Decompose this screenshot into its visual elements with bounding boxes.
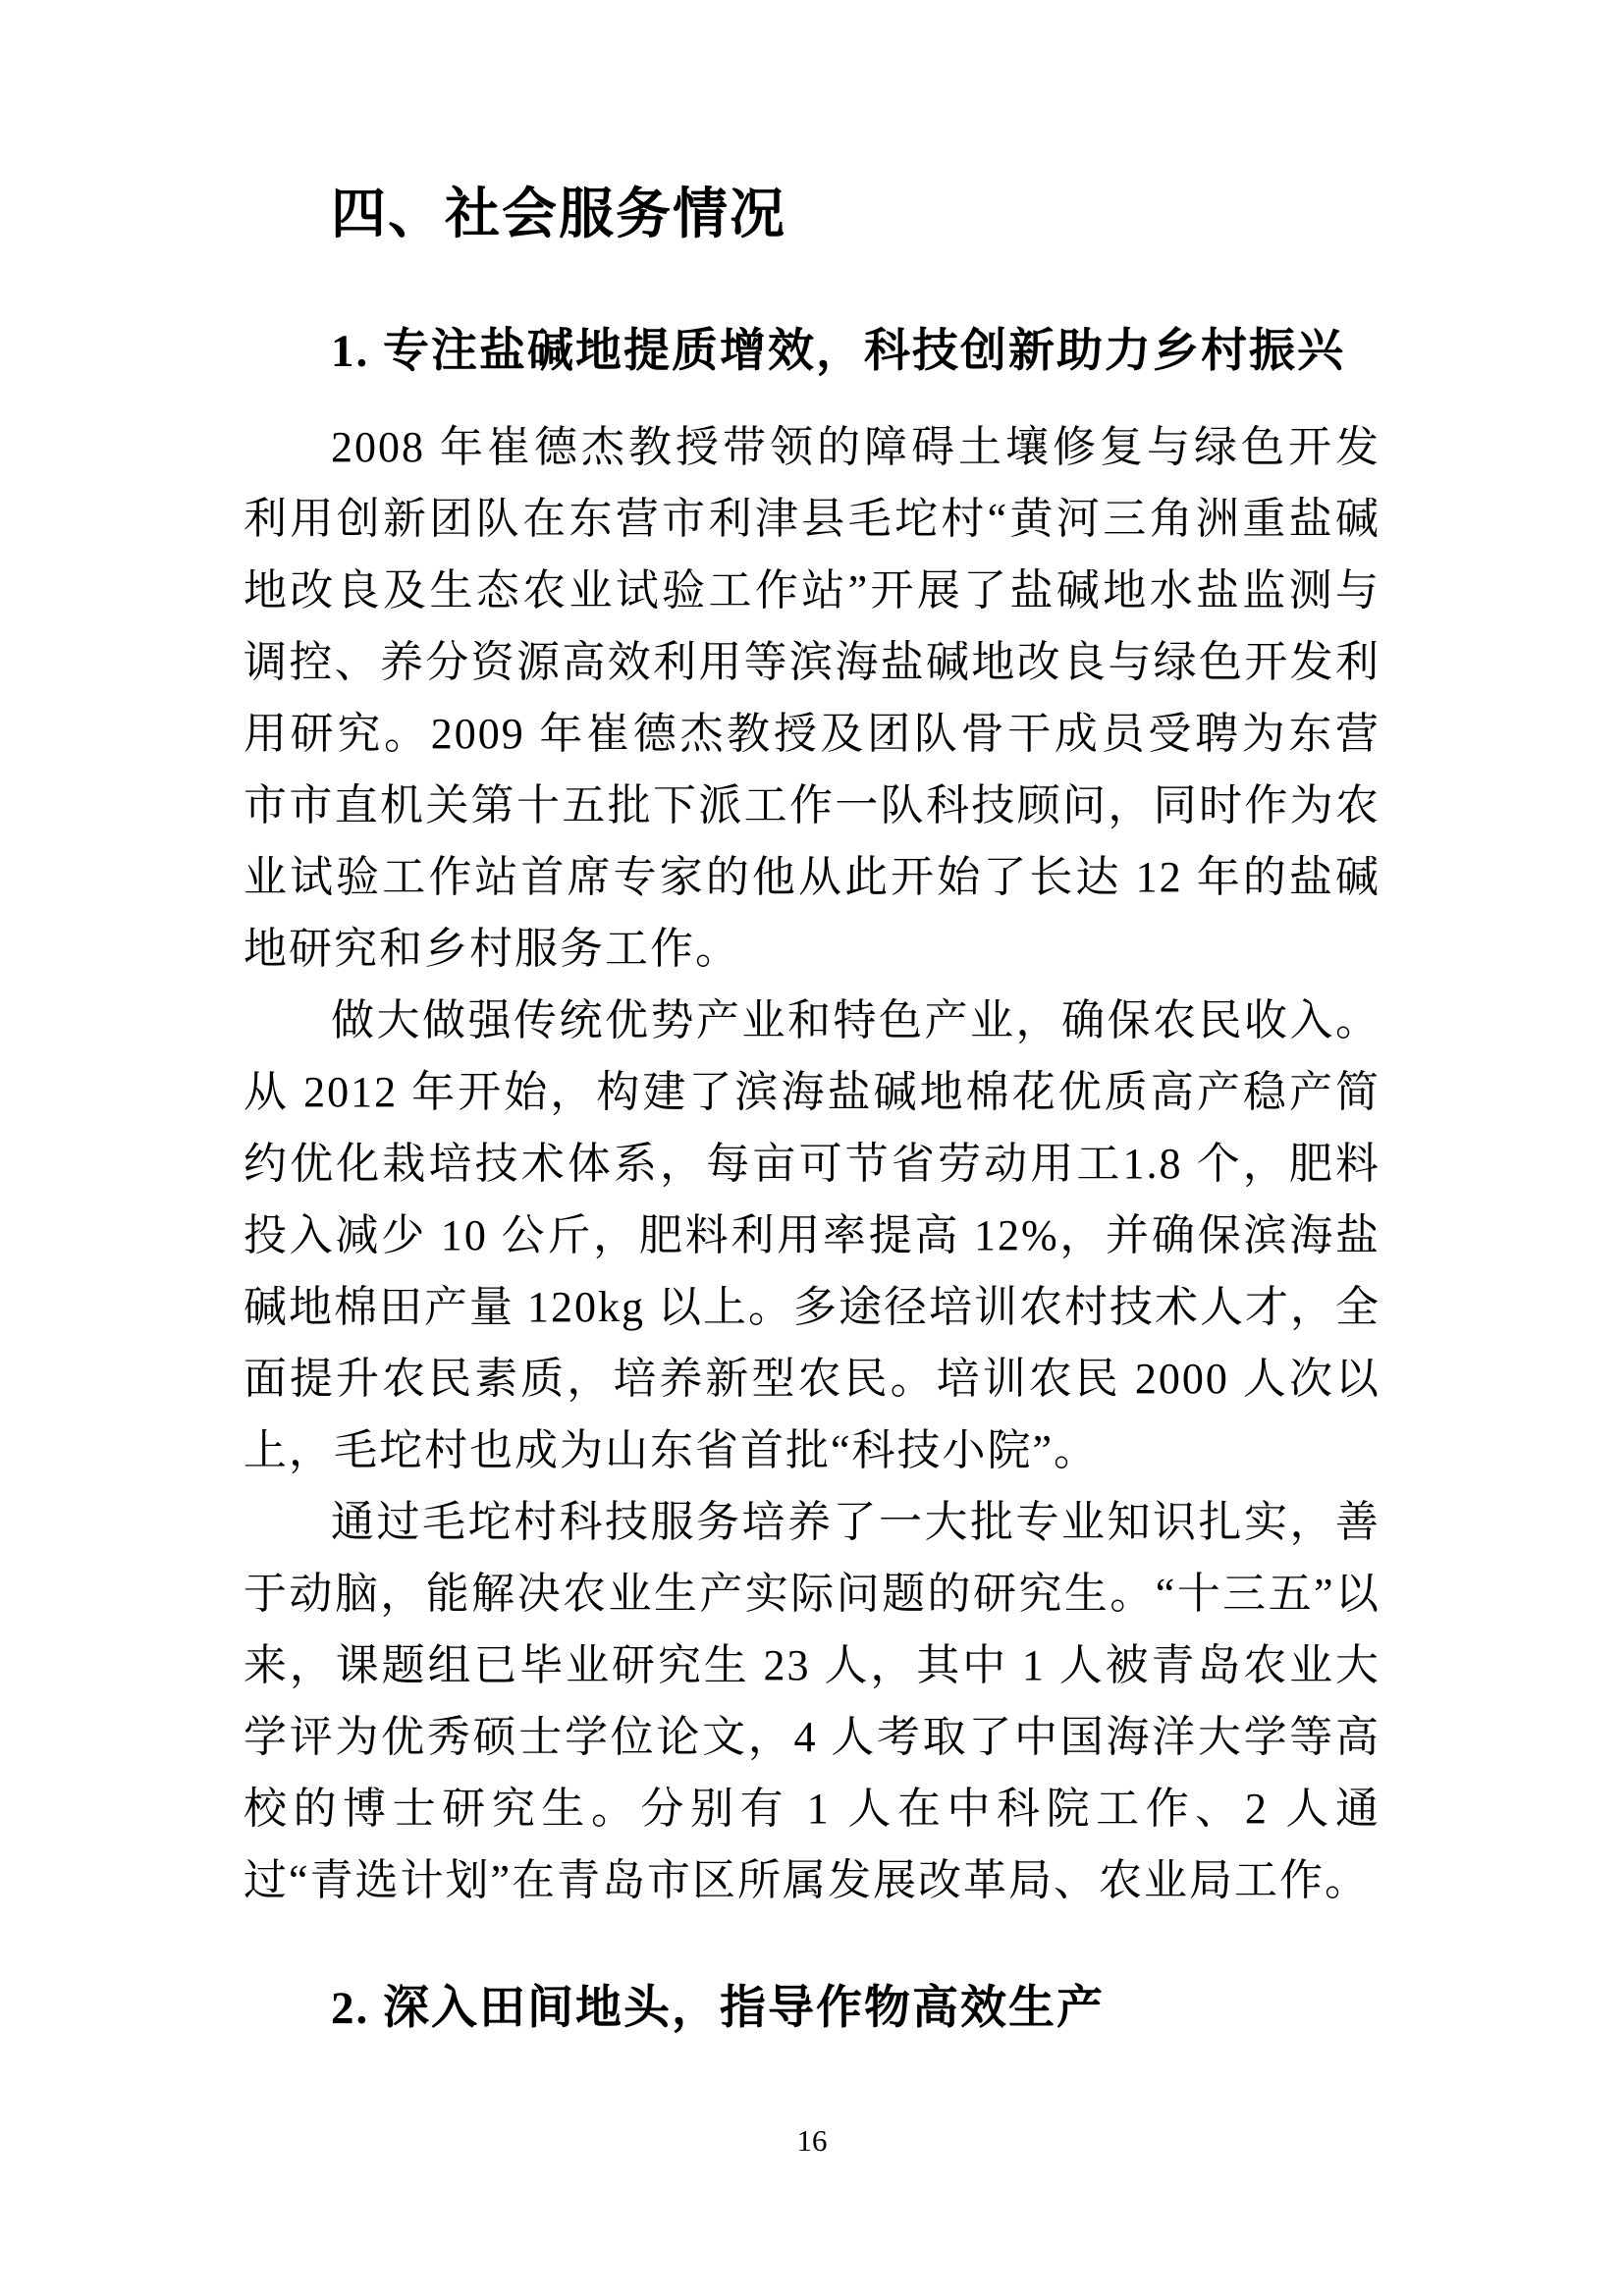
paragraph-2: 做大做强传统优势产业和特色产业，确保农民收入。从 2012 年开始，构建了滨海盐… <box>244 985 1380 1486</box>
paragraph-3: 通过毛坨村科技服务培养了一大批专业知识扎实，善于动脑，能解决农业生产实际问题的研… <box>244 1486 1380 1916</box>
page-number: 16 <box>0 2123 1624 2159</box>
subsection-2-heading: 2. 深入田间地头，指导作物高效生产 <box>244 1973 1380 2045</box>
paragraph-1: 2008 年崔德杰教授带领的障碍土壤修复与绿色开发利用创新团队在东营市利津县毛坨… <box>244 411 1380 985</box>
subsection-1-heading: 1. 专注盐碱地提质增效，科技创新助力乡村振兴 <box>244 316 1380 388</box>
section-title: 四、社会服务情况 <box>331 183 1380 245</box>
document-page: 四、社会服务情况 1. 专注盐碱地提质增效，科技创新助力乡村振兴 2008 年崔… <box>0 0 1624 2296</box>
